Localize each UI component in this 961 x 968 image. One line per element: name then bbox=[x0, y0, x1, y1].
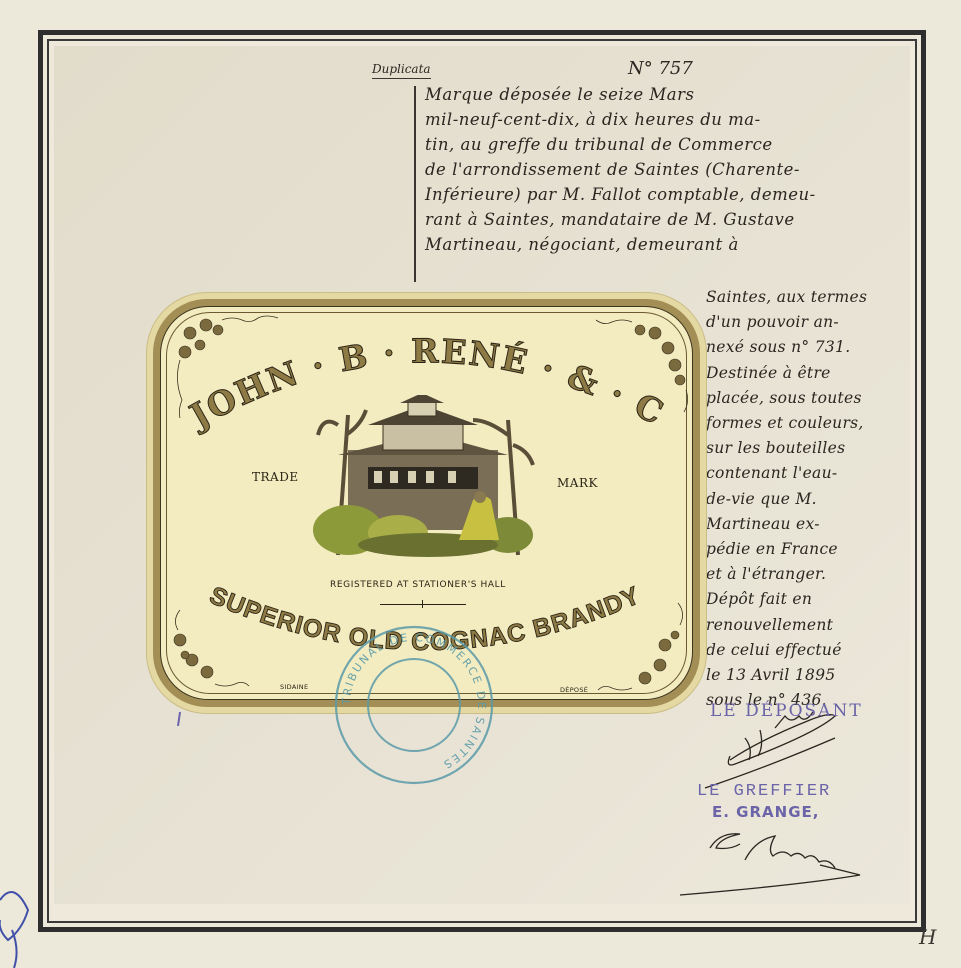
printer-credit: SIDAINE bbox=[280, 683, 308, 691]
pagoda-illustration bbox=[308, 395, 548, 560]
ornamental-rule-tick bbox=[422, 600, 423, 608]
ornamental-rule bbox=[380, 604, 466, 605]
deposant-stamp: LE DÉPOSANT bbox=[710, 701, 863, 721]
product-name: SUPERIOR OLD COGNAC BRANDY bbox=[205, 581, 644, 656]
svg-text:· JOHN · B · RENÉ · & · C°·: · JOHN · B · RENÉ · & · C°· bbox=[0, 0, 671, 437]
mark-label: MARK bbox=[557, 476, 598, 490]
svg-text:SUPERIOR OLD COGNAC BRANDY: SUPERIOR OLD COGNAC BRANDY bbox=[205, 581, 644, 656]
greffier-stamp: LE GREFFIER bbox=[697, 782, 831, 801]
registered-text: REGISTERED AT STATIONER'S HALL bbox=[330, 580, 506, 590]
trade-label: TRADE bbox=[252, 470, 299, 484]
brand-name: · JOHN · B · RENÉ · & · C°· bbox=[0, 0, 671, 437]
depose-mark: DÉPOSÉ bbox=[560, 686, 588, 694]
greffier-name-stamp: E. GRANGE, bbox=[712, 803, 819, 821]
margin-mark: H bbox=[919, 925, 936, 949]
